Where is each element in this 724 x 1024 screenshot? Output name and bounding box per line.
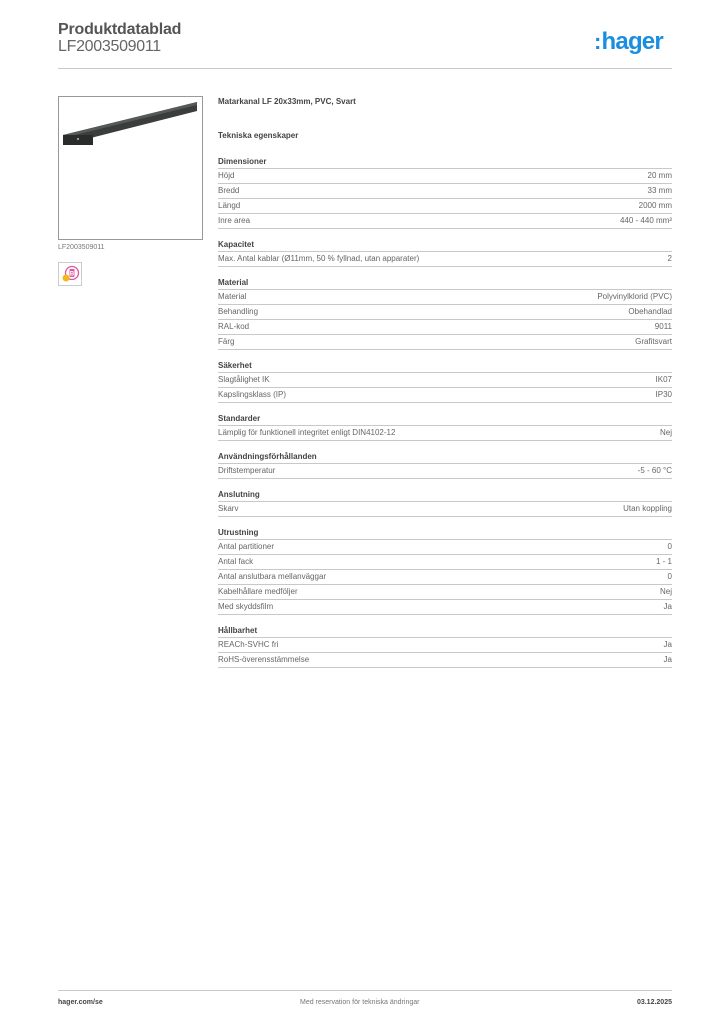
svg-text:B: B: [70, 272, 75, 278]
spec-value: 2: [668, 252, 672, 266]
spec-value: IK07: [656, 373, 672, 387]
sustainability-badge-icon: B: [58, 262, 82, 286]
logo-colon: :: [594, 29, 601, 54]
spec-label: Med skyddsfilm: [218, 600, 273, 614]
spec-label: REACh-SVHC fri: [218, 638, 278, 652]
spec-label: Färg: [218, 335, 234, 349]
spec-label: RoHS-överensstämmelse: [218, 653, 309, 667]
section-heading: Dimensioner: [218, 155, 672, 169]
spec-row: FärgGrafitsvart: [218, 335, 672, 350]
specifications-table: DimensionerHöjd20 mmBredd33 mmLängd2000 …: [218, 155, 672, 677]
spec-label: Inre area: [218, 214, 250, 228]
spec-value: 2000 mm: [639, 199, 672, 213]
spec-value: Nej: [660, 585, 672, 599]
spec-value: Ja: [664, 600, 672, 614]
spec-row: REACh-SVHC friJa: [218, 638, 672, 653]
spec-row: Bredd33 mm: [218, 184, 672, 199]
spec-value: 1 - 1: [656, 555, 672, 569]
spec-section: MaterialMaterialPolyvinylklorid (PVC)Beh…: [218, 276, 672, 350]
footer-website-link[interactable]: hager.com/se: [58, 999, 103, 1006]
spec-row: Inre area440 - 440 mm²: [218, 214, 672, 229]
section-heading: Hållbarhet: [218, 624, 672, 638]
image-caption: LF2003509011: [58, 244, 105, 251]
spec-section: SäkerhetSlagtålighet IKIK07Kapslingsklas…: [218, 359, 672, 403]
spec-label: Höjd: [218, 169, 234, 183]
spec-row: SkarvUtan koppling: [218, 502, 672, 517]
spec-label: Driftstemperatur: [218, 464, 275, 478]
spec-row: Antal fack1 - 1: [218, 555, 672, 570]
spec-section: HållbarhetREACh-SVHC friJaRoHS-överensst…: [218, 624, 672, 668]
spec-section: AnvändningsförhållandenDriftstemperatur-…: [218, 450, 672, 479]
spec-row: Med skyddsfilmJa: [218, 600, 672, 615]
spec-label: Antal partitioner: [218, 540, 274, 554]
spec-row: Kabelhållare medföljerNej: [218, 585, 672, 600]
spec-row: Driftstemperatur-5 - 60 °C: [218, 464, 672, 479]
footer-divider: [58, 990, 672, 991]
section-heading: Utrustning: [218, 526, 672, 540]
section-heading: Standarder: [218, 412, 672, 426]
spec-label: RAL-kod: [218, 320, 249, 334]
spec-section: UtrustningAntal partitioner0Antal fack1 …: [218, 526, 672, 615]
spec-label: Kabelhållare medföljer: [218, 585, 298, 599]
spec-row: Kapslingsklass (IP)IP30: [218, 388, 672, 403]
section-heading: Kapacitet: [218, 238, 672, 252]
spec-label: Max. Antal kablar (Ø11mm, 50 % fyllnad, …: [218, 252, 419, 266]
spec-label: Antal anslutbara mellanväggar: [218, 570, 326, 584]
spec-section: StandarderLämplig för funktionell integr…: [218, 412, 672, 441]
spec-value: 9011: [655, 320, 672, 334]
spec-value: IP30: [656, 388, 672, 402]
spec-label: Behandling: [218, 305, 258, 319]
spec-value: Ja: [664, 638, 672, 652]
spec-section: KapacitetMax. Antal kablar (Ø11mm, 50 % …: [218, 238, 672, 267]
page-title: Produktdatablad: [58, 21, 181, 39]
spec-value: 20 mm: [648, 169, 672, 183]
spec-row: Antal anslutbara mellanväggar0: [218, 570, 672, 585]
section-heading: Material: [218, 276, 672, 290]
spec-row: Höjd20 mm: [218, 169, 672, 184]
spec-value: Polyvinylklorid (PVC): [597, 290, 672, 304]
spec-label: Lämplig för funktionell integritet enlig…: [218, 426, 395, 440]
spec-label: Slagtålighet IK: [218, 373, 270, 387]
product-title: Matarkanal LF 20x33mm, PVC, Svart: [218, 97, 356, 106]
spec-value: Grafitsvart: [635, 335, 672, 349]
footer-disclaimer: Med reservation för tekniska ändringar: [300, 999, 419, 1006]
cable-trunking-illustration: [59, 97, 202, 239]
section-heading: Säkerhet: [218, 359, 672, 373]
section-heading: Användningsförhållanden: [218, 450, 672, 464]
hager-logo: :hager: [594, 28, 663, 56]
logo-text: hager: [602, 28, 663, 55]
spec-value: 0: [668, 570, 672, 584]
spec-row: Max. Antal kablar (Ø11mm, 50 % fyllnad, …: [218, 252, 672, 267]
spec-label: Skarv: [218, 502, 238, 516]
spec-label: Kapslingsklass (IP): [218, 388, 286, 402]
spec-label: Längd: [218, 199, 240, 213]
technical-properties-title: Tekniska egenskaper: [218, 131, 298, 140]
product-code: LF2003509011: [58, 38, 161, 56]
spec-value: 440 - 440 mm²: [620, 214, 672, 228]
section-heading: Anslutning: [218, 488, 672, 502]
spec-value: Nej: [660, 426, 672, 440]
spec-row: RoHS-överensstämmelseJa: [218, 653, 672, 668]
spec-value: 0: [668, 540, 672, 554]
spec-row: Antal partitioner0: [218, 540, 672, 555]
spec-value: 33 mm: [648, 184, 672, 198]
spec-label: Material: [218, 290, 246, 304]
spec-section: DimensionerHöjd20 mmBredd33 mmLängd2000 …: [218, 155, 672, 229]
spec-value: -5 - 60 °C: [638, 464, 672, 478]
spec-row: RAL-kod9011: [218, 320, 672, 335]
spec-row: Längd2000 mm: [218, 199, 672, 214]
spec-section: AnslutningSkarvUtan koppling: [218, 488, 672, 517]
footer-date: 03.12.2025: [637, 999, 672, 1006]
product-image: [58, 96, 203, 240]
header-divider: [58, 68, 672, 69]
spec-row: Lämplig för funktionell integritet enlig…: [218, 426, 672, 441]
spec-value: Obehandlad: [628, 305, 672, 319]
spec-value: Utan koppling: [623, 502, 672, 516]
spec-value: Ja: [664, 653, 672, 667]
spec-label: Antal fack: [218, 555, 253, 569]
spec-row: Slagtålighet IKIK07: [218, 373, 672, 388]
spec-row: BehandlingObehandlad: [218, 305, 672, 320]
spec-row: MaterialPolyvinylklorid (PVC): [218, 290, 672, 305]
spec-label: Bredd: [218, 184, 239, 198]
